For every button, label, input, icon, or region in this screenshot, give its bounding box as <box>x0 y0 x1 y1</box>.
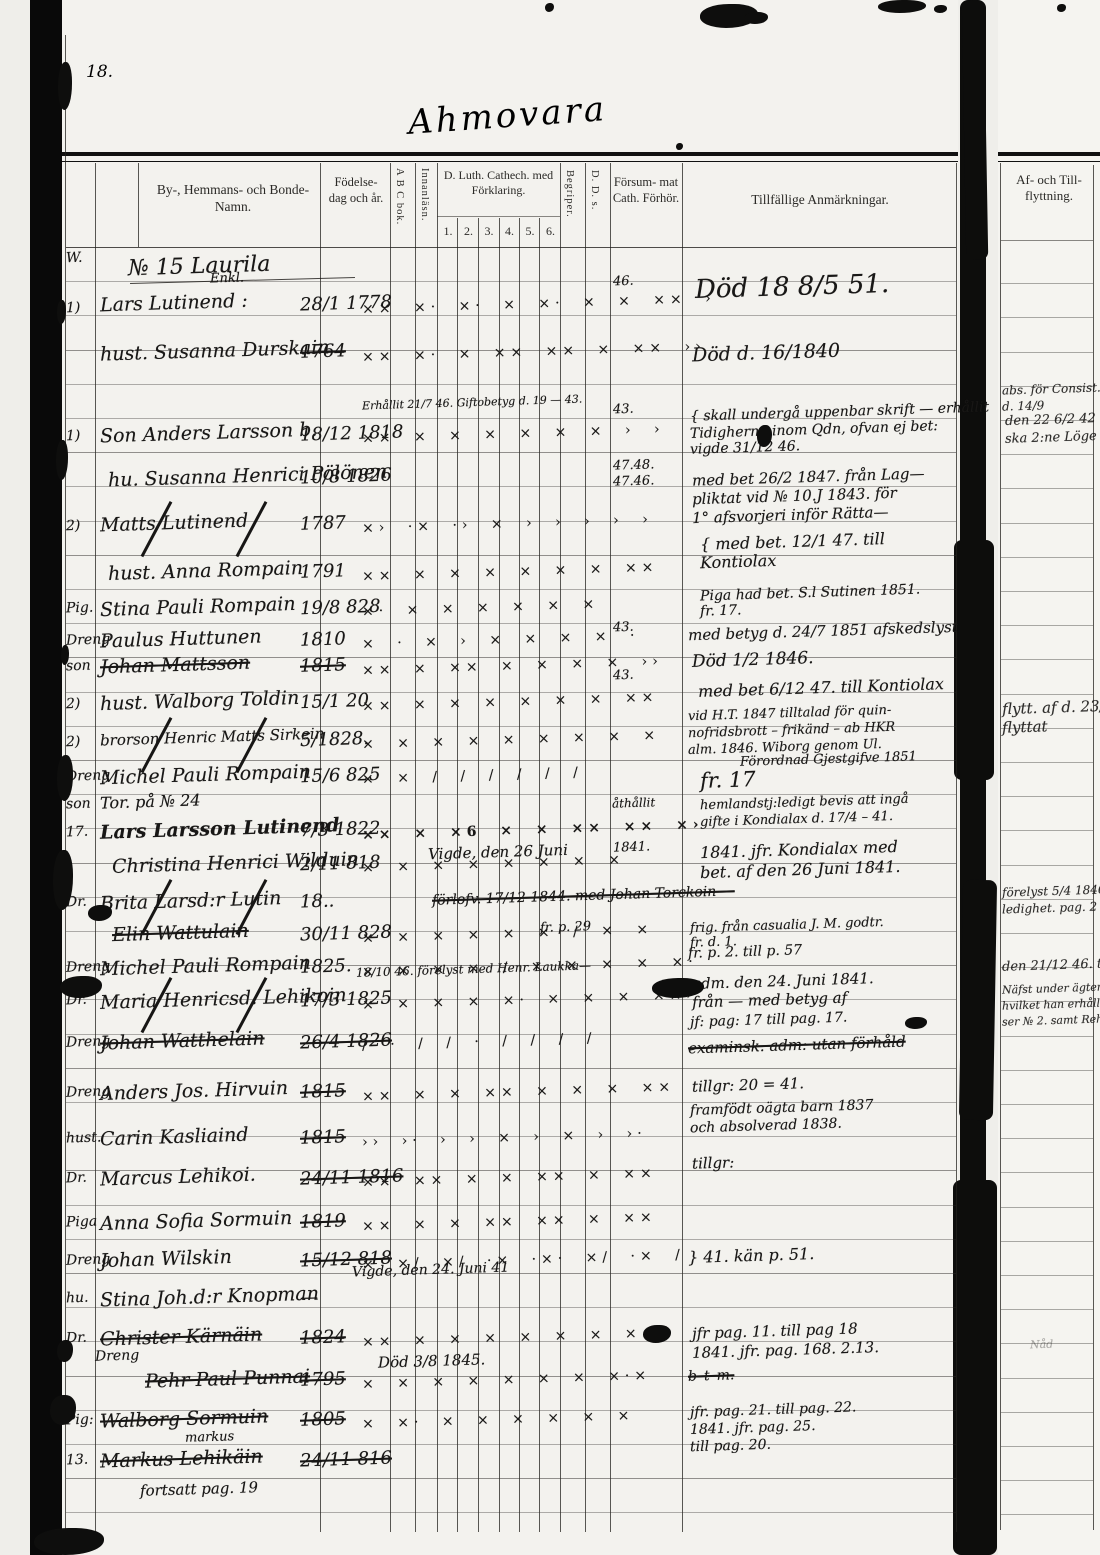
header-rule <box>66 247 956 248</box>
row-margin-mark: 2) <box>66 734 81 750</box>
row-rule <box>66 315 956 316</box>
row-name: Tor. på № 24 <box>100 790 201 812</box>
row-rule-right <box>1001 1446 1093 1447</box>
row-margin-mark: 13. <box>66 1452 89 1469</box>
column-header-dds: D. D. s. <box>589 170 600 246</box>
table-top-rule <box>998 152 1100 156</box>
remark-line: åthållit <box>612 795 656 810</box>
flyttning-margin-note: ledighet. pag. 2 <box>1002 900 1098 917</box>
header-rule <box>1001 240 1093 241</box>
scanned-parish-register-page: 18. Ahmovara By-, Hemmans- och Bonde-Nam… <box>0 0 1100 1555</box>
row-name: Johan Wilskin <box>100 1246 232 1272</box>
row-birth-date: 1764 <box>300 340 346 362</box>
row-rule-right <box>1001 830 1093 831</box>
row-rule-right <box>1001 1480 1093 1481</box>
row-rule-right <box>1001 317 1093 318</box>
column-header-begriper: Begriper. <box>564 170 575 246</box>
remark-line: tillgr: <box>692 1153 735 1172</box>
row-birth-date: — <box>300 1287 319 1309</box>
cathech-subcol-number: 6. <box>544 224 558 239</box>
column-rule <box>95 163 96 1532</box>
remark-line: b–t–m. <box>688 1367 735 1384</box>
row-rule-right <box>1001 1412 1093 1413</box>
header-rule <box>437 216 560 217</box>
column-rule <box>390 163 391 1532</box>
row-rule-right <box>1001 933 1093 934</box>
row-forsummat-value: 1841. <box>613 839 651 855</box>
row-rule-right <box>1001 1104 1093 1105</box>
row-forsummat-value: 43. <box>613 620 634 636</box>
row-name: Matts Lutinend <box>100 510 249 537</box>
row-rule-right <box>1001 1378 1093 1379</box>
row-margin-mark: hu. <box>66 1290 89 1307</box>
row-forsummat-value: 47.48. <box>613 457 655 473</box>
flyttning-margin-note: Nåd <box>1030 1338 1054 1352</box>
column-header-flyttning: Af- och Till- flyttning. <box>1004 172 1094 205</box>
column-header-forsummat: Försum- mat Cath. Förhör. <box>612 175 680 206</box>
row-rule-right <box>1001 1036 1093 1037</box>
row-birth-date: 1819 <box>300 1210 346 1232</box>
row-rule-right <box>1001 488 1093 489</box>
row-rule-right <box>1001 1070 1093 1071</box>
cathech-subcol-number: 4. <box>503 224 517 239</box>
table-top-rule <box>998 161 1100 162</box>
row-rule-right <box>1001 1309 1093 1310</box>
row-birth-date: 1805 <box>300 1408 346 1430</box>
row-rule <box>66 1273 956 1274</box>
row-forsummat-value: 46. <box>613 274 634 290</box>
row-birth-date: 5/1828. <box>300 728 370 751</box>
row-rule <box>66 555 956 556</box>
row-rule-right <box>1001 796 1093 797</box>
cathech-subcol-number: 5. <box>523 224 537 239</box>
column-header-abc-book: A B C bok. <box>394 168 405 246</box>
book-gutter-shadow <box>953 1180 997 1555</box>
remark-line: fr. 17 <box>700 767 756 793</box>
row-margin-mark: 17. <box>66 824 89 841</box>
row-rule <box>66 384 956 385</box>
row-rule-right <box>1001 283 1093 284</box>
row-rule-right <box>1001 1138 1093 1139</box>
column-rule <box>1000 163 1001 1530</box>
row-name: Elin Wattulain <box>112 920 249 946</box>
column-rule <box>956 163 957 1532</box>
row-rule-right <box>1001 625 1093 626</box>
table-top-rule <box>62 161 958 162</box>
row-birth-date: 1815 <box>300 1080 346 1102</box>
table-top-rule <box>62 152 958 156</box>
row-rule-right <box>1001 591 1093 592</box>
row-forsummat-value: 47.46. <box>613 473 655 489</box>
remark-line: Död d. 16/1840 <box>692 340 841 367</box>
row-rule <box>66 1068 956 1069</box>
row-birth-date: 1825. <box>300 955 352 978</box>
row-margin-mark: son <box>66 658 91 675</box>
row-rule-right <box>1001 1241 1093 1242</box>
row-birth-date: 1795 <box>300 1368 346 1390</box>
remark-line: } 41. kän p. 51. <box>688 1244 815 1267</box>
cathech-subcol-number: 1. <box>441 224 455 239</box>
column-header-anmarkningar: Tillfällige Anmärkningar. <box>700 192 940 209</box>
row-rule <box>66 1239 956 1240</box>
row-margin-mark: hust. <box>66 1129 102 1146</box>
remark-line: tillgr: 20 = 41. <box>692 1074 805 1096</box>
row-margin-mark: Dr. <box>66 1170 87 1187</box>
row-birth-date: 24/11 816 <box>300 1448 393 1472</box>
flyttning-margin-note: den 21/12 46. till <box>1002 956 1100 975</box>
row-small-note: Enkl. <box>210 270 244 286</box>
row-rule-right <box>1001 454 1093 455</box>
right-page-paper <box>998 0 1100 1555</box>
row-birth-date: 10/8 1826 <box>300 465 393 489</box>
remark-line: Kontiolax <box>700 551 777 572</box>
flyttning-margin-note: den 22 6/2 42 plikt- <box>1005 410 1100 429</box>
row-margin-mark: son <box>66 796 91 813</box>
row-forsummat-value: 43. <box>613 402 634 418</box>
row-rule <box>66 1512 956 1513</box>
row-name: Carin Kasliaind <box>100 1124 249 1151</box>
row-rule-right <box>1001 523 1093 524</box>
row-rule-right <box>1001 865 1093 866</box>
remark-line: till pag. 20. <box>690 1437 771 1456</box>
row-name: № 15 Laurila <box>128 252 271 281</box>
row-birth-date: 1815 <box>300 1126 346 1148</box>
row-rule-right <box>1001 762 1093 763</box>
row-rule-right <box>1001 1207 1093 1208</box>
row-margin-mark: 2) <box>66 696 81 712</box>
page-number: 18. <box>86 62 113 82</box>
row-margin-mark: Pig. <box>66 600 94 617</box>
column-header-birth: Födelse- dag och år. <box>326 175 386 206</box>
row-rule-right <box>1001 694 1093 695</box>
row-rule-right <box>1001 352 1093 353</box>
remark-line: Död 3/8 1845. <box>378 1350 486 1371</box>
row-rule <box>66 452 956 453</box>
row-rule-right <box>1001 1172 1093 1173</box>
row-birth-date: 18.. <box>300 890 335 912</box>
row-rule-right <box>1001 1275 1093 1276</box>
book-gutter-shadow <box>962 0 989 260</box>
column-header-innanlasn: Innanläsn. <box>419 168 430 246</box>
row-birth-date: 1791 <box>300 560 346 582</box>
row-margin-mark: 2) <box>66 518 81 534</box>
row-name: Lars Lutinend : <box>100 290 248 317</box>
row-name: fortsatt pag. 19 <box>140 1478 259 1500</box>
row-rule-right <box>1001 659 1093 660</box>
flyttning-margin-note: flytt. af d. 23/10 4 <box>1002 696 1100 718</box>
column-rule <box>138 163 139 247</box>
remark-line: fr. p. 29 <box>540 919 591 936</box>
cathech-subcol-number: 2. <box>462 224 476 239</box>
row-margin-mark: 1) <box>66 428 81 444</box>
column-rule <box>682 163 683 1532</box>
row-forsummat-value: 43. <box>613 668 634 684</box>
row-birth-date: 1815 <box>300 654 346 676</box>
book-gutter-shadow <box>959 880 997 1121</box>
column-header-name: By-, Hemmans- och Bonde-Namn. <box>142 182 324 216</box>
flyttning-margin-note: ska 2:ne Löge vid <box>1005 428 1100 447</box>
row-birth-date: 15/1 20 <box>300 690 370 713</box>
row-rule <box>66 1205 956 1206</box>
column-header-cathech: D. Luth. Cathech. med Förklaring. <box>437 168 560 198</box>
row-small-note: markus <box>185 1429 235 1446</box>
flyttning-margin-note: flyttat <box>1002 717 1048 736</box>
row-rule-right <box>1001 1514 1093 1515</box>
row-birth-date: 1787 <box>300 512 346 534</box>
cathech-subcol-number: 3. <box>482 224 496 239</box>
book-gutter-shadow <box>954 540 994 780</box>
flyttning-margin-note: d. 14/9 <box>1002 398 1045 413</box>
row-name: Johan Mattsson <box>100 652 251 679</box>
row-margin-mark: Piga <box>66 1214 98 1231</box>
row-rule-right <box>1001 557 1093 558</box>
row-margin-mark: W. <box>66 250 83 267</box>
row-birth-date: 1810 <box>300 628 346 650</box>
remark-line: fr. 17. <box>700 602 742 619</box>
column-rule <box>415 163 416 1532</box>
row-name: Dreng <box>95 1347 140 1364</box>
remark-line: Död 1/2 1846. <box>692 648 814 672</box>
row-birth-date: 1824 <box>300 1326 346 1348</box>
row-margin-mark: 1) <box>66 300 81 316</box>
remark-line: Död 18 8/5 51. <box>695 269 890 305</box>
column-rule <box>1093 165 1094 1530</box>
